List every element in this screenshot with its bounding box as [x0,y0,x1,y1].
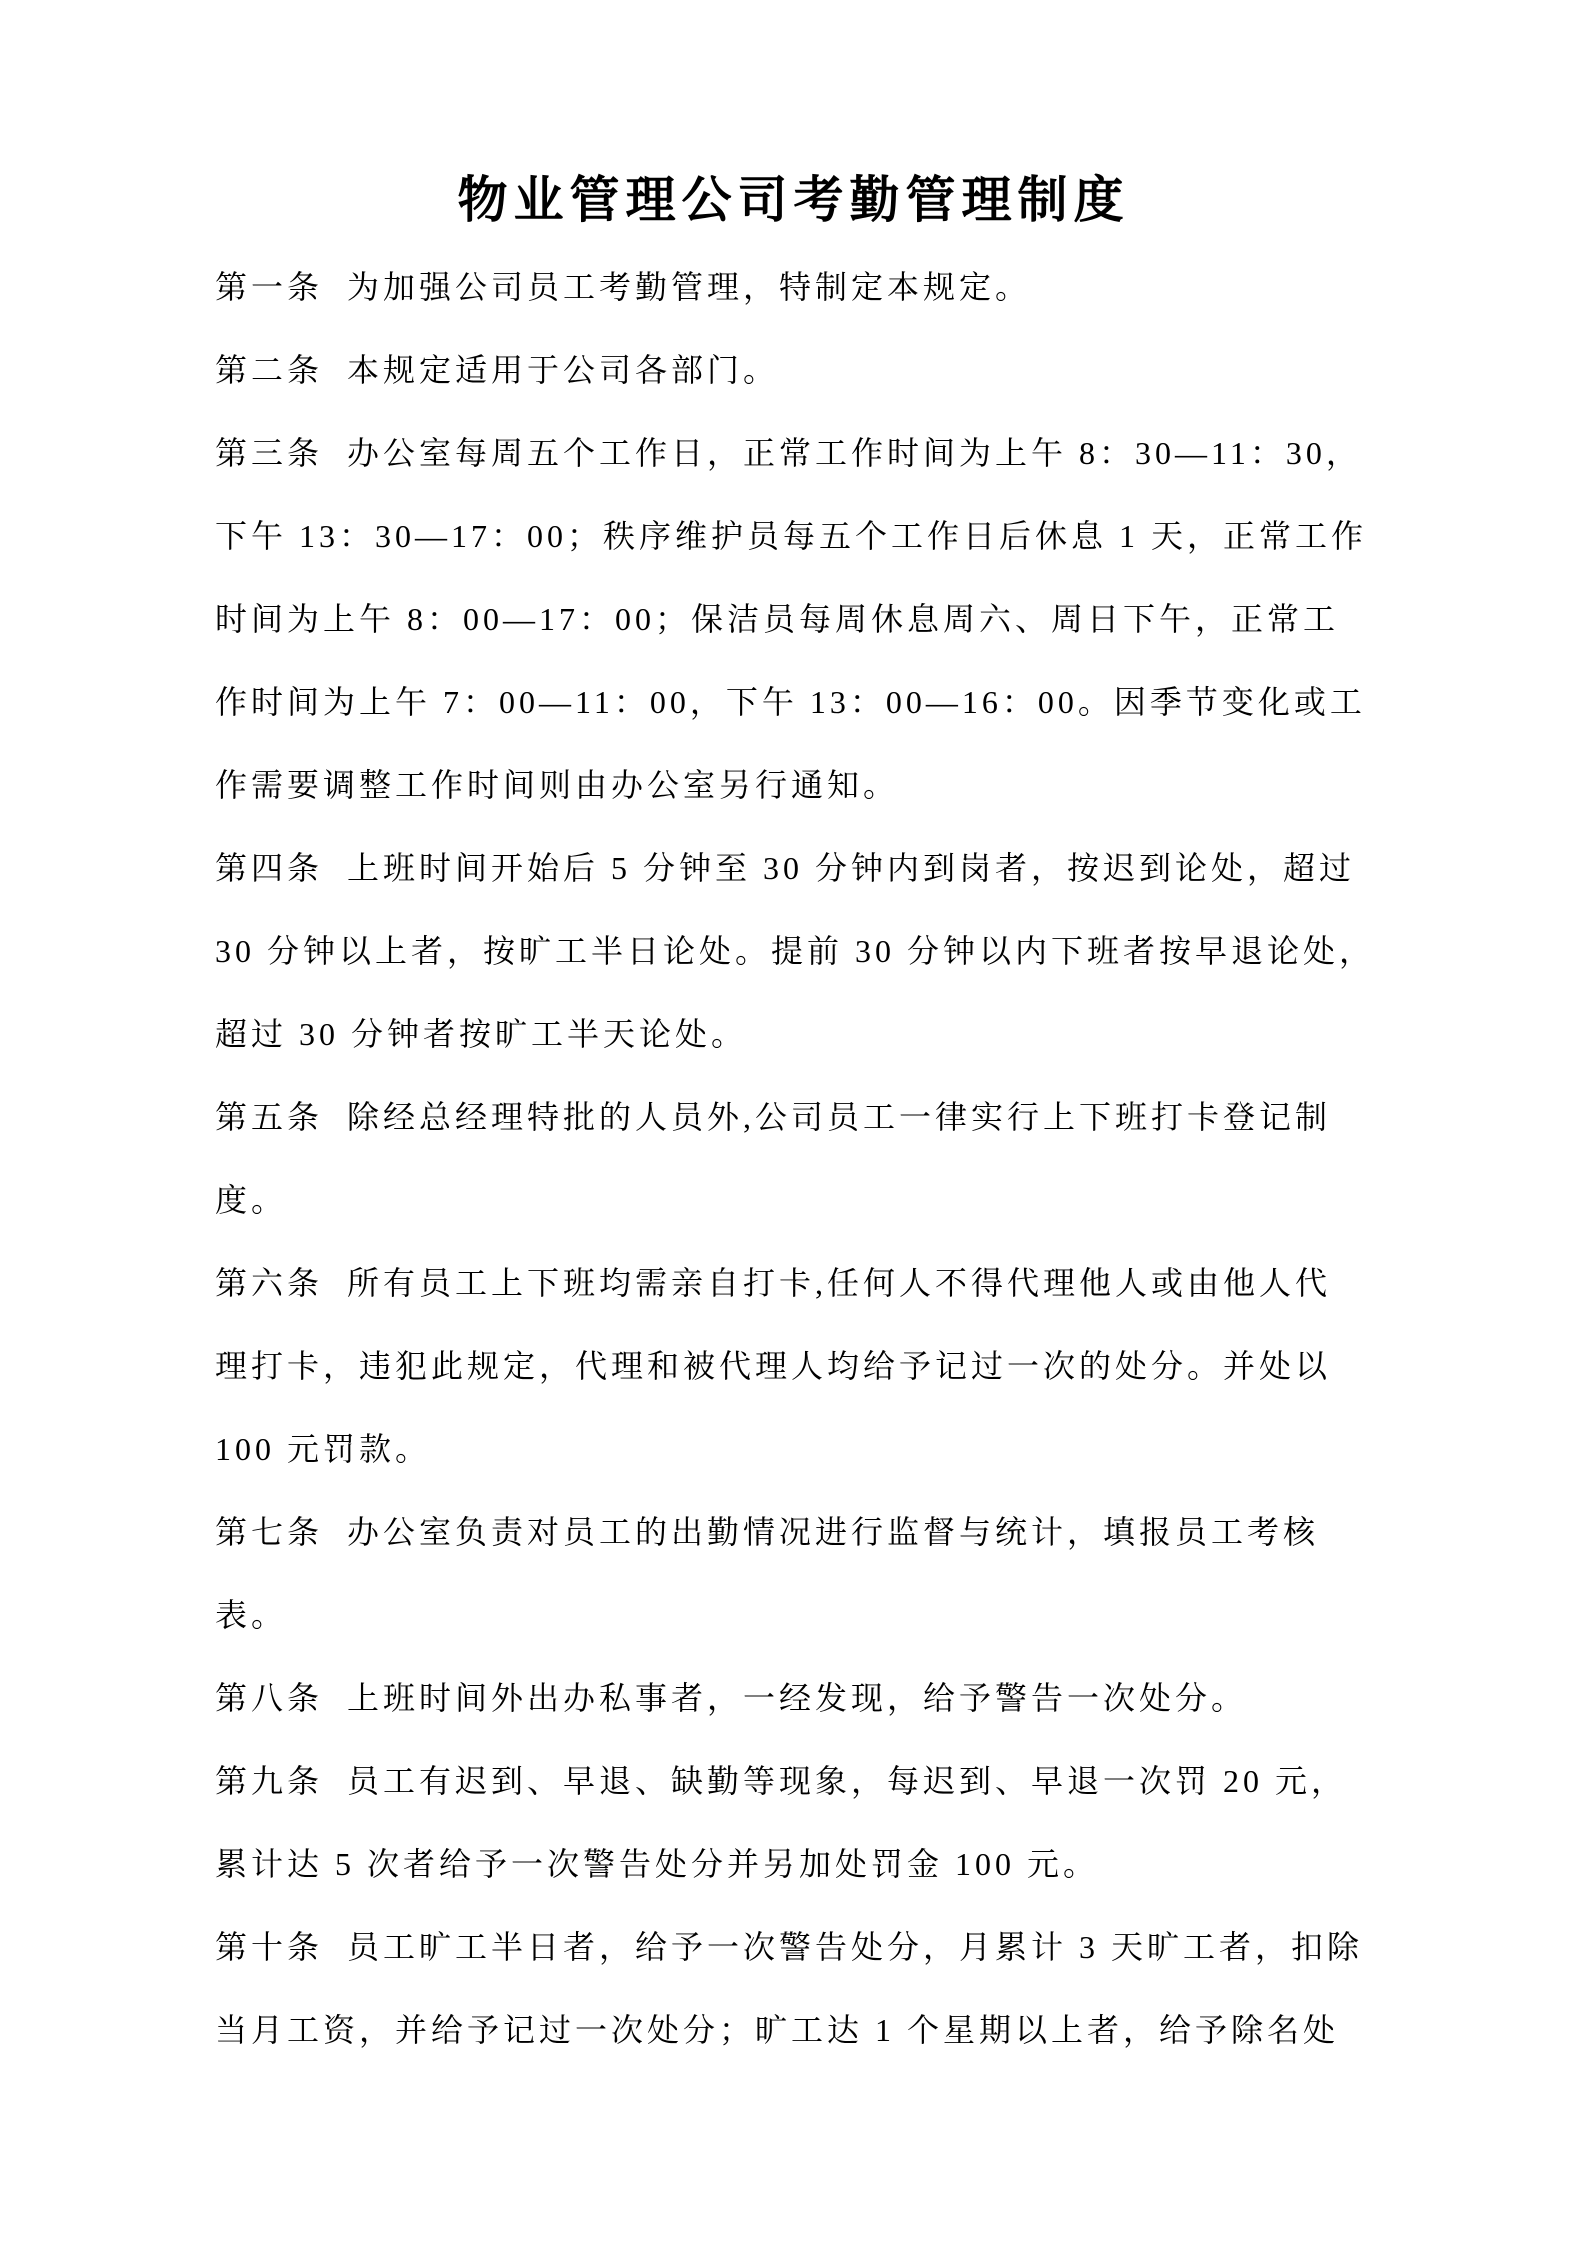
document-line: 作需要调整工作时间则由办公室另行通知。 [215,744,1425,827]
document-line: 30 分钟以上者，按旷工半日论处。提前 30 分钟以内下班者按早退论处， [215,910,1425,993]
document-body: 第一条 为加强公司员工考勤管理，特制定本规定。第二条 本规定适用于公司各部门。第… [215,246,1425,2072]
document-line: 超过 30 分钟者按旷工半天论处。 [215,993,1425,1076]
document-line: 表。 [215,1574,1425,1657]
document-line: 第七条 办公室负责对员工的出勤情况进行监督与统计，填报员工考核 [215,1491,1425,1574]
document-title: 物业管理公司考勤管理制度 [0,168,1587,232]
document-line: 第四条 上班时间开始后 5 分钟至 30 分钟内到岗者，按迟到论处，超过 [215,827,1425,910]
document-line: 度。 [215,1159,1425,1242]
document-line: 100 元罚款。 [215,1408,1425,1491]
document-line: 第三条 办公室每周五个工作日，正常工作时间为上午 8：30—11：30， [215,412,1425,495]
document-line: 第九条 员工有迟到、早退、缺勤等现象，每迟到、早退一次罚 20 元， [215,1740,1425,1823]
document-line: 第一条 为加强公司员工考勤管理，特制定本规定。 [215,246,1425,329]
document-line: 理打卡，违犯此规定，代理和被代理人均给予记过一次的处分。并处以 [215,1325,1425,1408]
document-line: 下午 13：30—17：00；秩序维护员每五个工作日后休息 1 天，正常工作 [215,495,1425,578]
document-line: 累计达 5 次者给予一次警告处分并另加处罚金 100 元。 [215,1823,1425,1906]
document-line: 第六条 所有员工上下班均需亲自打卡,任何人不得代理他人或由他人代 [215,1242,1425,1325]
document-line: 时间为上午 8：00—17：00；保洁员每周休息周六、周日下午，正常工 [215,578,1425,661]
document-line: 第二条 本规定适用于公司各部门。 [215,329,1425,412]
document-line: 作时间为上午 7：00—11：00，下午 13：00—16：00。因季节变化或工 [215,661,1425,744]
document-line: 当月工资，并给予记过一次处分；旷工达 1 个星期以上者，给予除名处 [215,1989,1425,2072]
document-line: 第十条 员工旷工半日者，给予一次警告处分，月累计 3 天旷工者，扣除 [215,1906,1425,1989]
document-page: 物业管理公司考勤管理制度 第一条 为加强公司员工考勤管理，特制定本规定。第二条 … [0,0,1587,2245]
document-line: 第五条 除经总经理特批的人员外,公司员工一律实行上下班打卡登记制 [215,1076,1425,1159]
document-line: 第八条 上班时间外出办私事者，一经发现，给予警告一次处分。 [215,1657,1425,1740]
